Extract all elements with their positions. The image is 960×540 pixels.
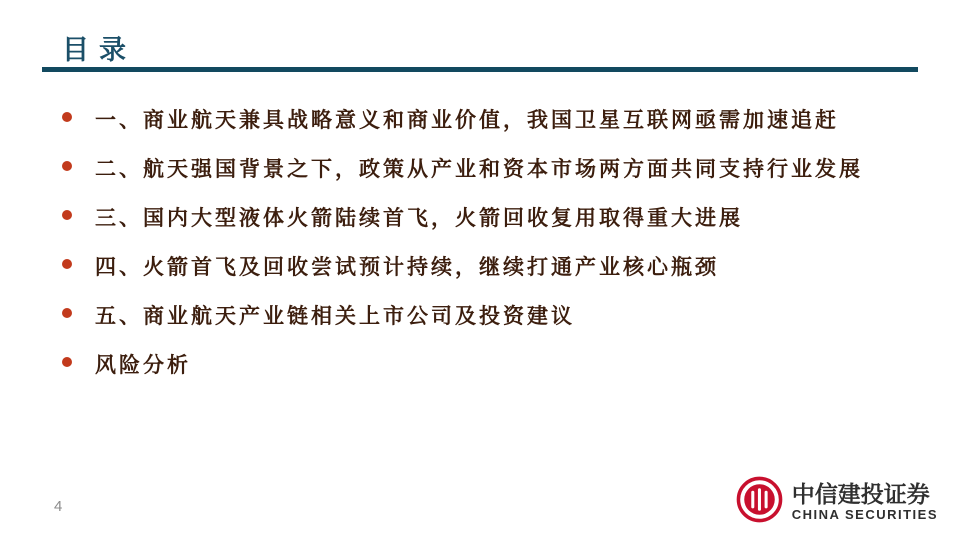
page-number: 4 [54,498,62,515]
bullet-icon [62,161,72,171]
bullet-icon [62,259,72,269]
toc-item: 一、商业航天兼具战略意义和商业价值，我国卫星互联网亟需加速追赶 [0,94,960,143]
slide: 目录 一、商业航天兼具战略意义和商业价值，我国卫星互联网亟需加速追赶 二、航天强… [0,0,960,540]
toc-item: 风险分析 [0,339,960,388]
bullet-icon [62,210,72,220]
toc-item: 四、火箭首飞及回收尝试预计持续，继续打通产业核心瓶颈 [0,241,960,290]
toc-item: 三、国内大型液体火箭陆续首飞，火箭回收复用取得重大进展 [0,192,960,241]
toc-item-label: 五、商业航天产业链相关上市公司及投资建议 [95,300,575,330]
bullet-icon [62,308,72,318]
toc-list: 一、商业航天兼具战略意义和商业价值，我国卫星互联网亟需加速追赶 二、航天强国背景… [0,94,960,388]
toc-item-label: 一、商业航天兼具战略意义和商业价值，我国卫星互联网亟需加速追赶 [95,104,839,134]
china-securities-logo-icon [736,476,783,528]
logo-name-cn: 中信建投证券 [792,482,938,507]
toc-item-label: 二、航天强国背景之下，政策从产业和资本市场两方面共同支持行业发展 [95,153,863,183]
page-title: 目录 [62,28,136,67]
logo-text: 中信建投证券 CHINA SECURITIES [792,482,938,523]
toc-item: 五、商业航天产业链相关上市公司及投资建议 [0,290,960,339]
toc-item-label: 风险分析 [95,349,191,379]
china-securities-logo: 中信建投证券 CHINA SECURITIES [736,476,938,528]
bullet-icon [62,357,72,367]
logo-name-en: CHINA SECURITIES [792,507,938,523]
title-divider [42,67,918,72]
toc-item-label: 三、国内大型液体火箭陆续首飞，火箭回收复用取得重大进展 [95,202,743,232]
toc-item-label: 四、火箭首飞及回收尝试预计持续，继续打通产业核心瓶颈 [95,251,719,281]
bullet-icon [62,112,72,122]
toc-item: 二、航天强国背景之下，政策从产业和资本市场两方面共同支持行业发展 [0,143,960,192]
